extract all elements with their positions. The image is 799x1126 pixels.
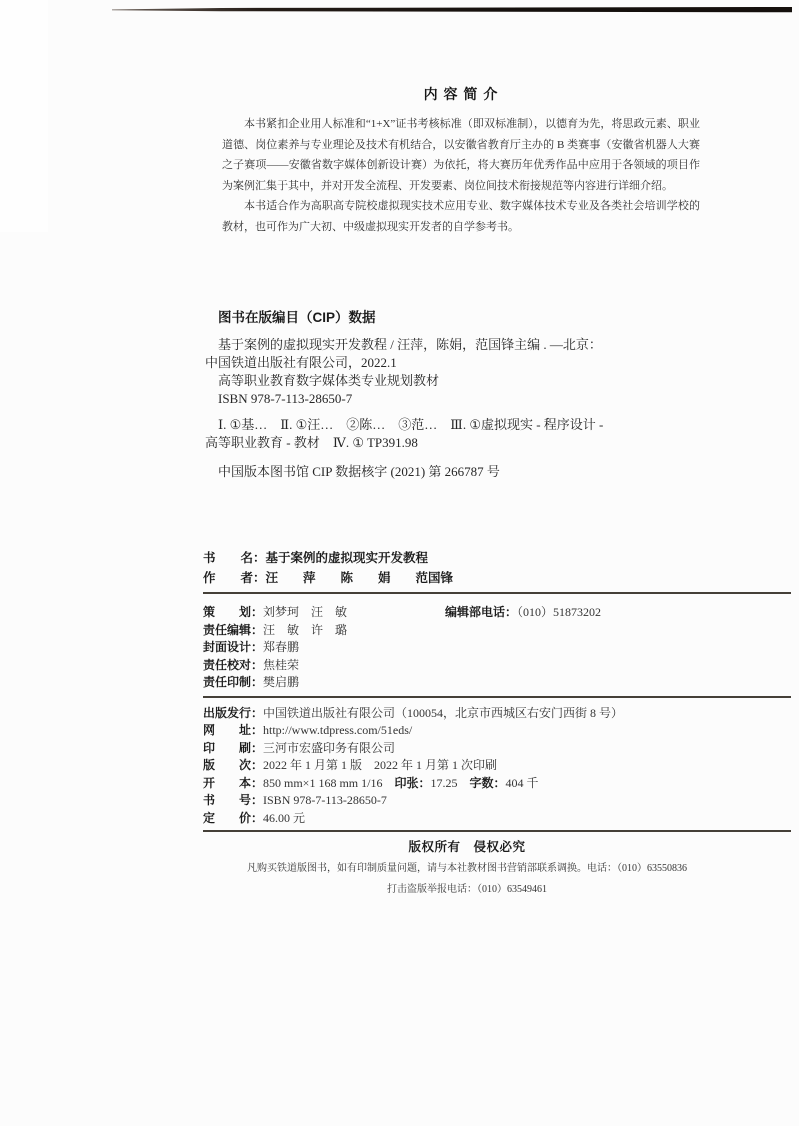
format-row: 开 本：850 mm×1 168 mm 1/16印张：17.25字数：404 千 [203, 775, 791, 793]
cover-design-value: 郑春鹏 [263, 640, 299, 654]
edition-value: 2022 年 1 月第 1 版 2022 年 1 月第 1 次印刷 [263, 758, 497, 772]
cip-title-line: 基于案例的虚拟现实开发教程 / 汪萍，陈娟，范国锋主编 . —北京： [205, 336, 770, 354]
website-value: http://www.tdpress.com/51eds/ [263, 723, 412, 737]
edition-row: 版 次：2022 年 1 月第 1 版 2022 年 1 月第 1 次印刷 [203, 757, 791, 775]
cip-classification-line-1: Ⅰ. ①基… Ⅱ. ①汪… ②陈… ③范… Ⅲ. ①虚拟现实 - 程序设计 - [205, 416, 770, 434]
field-label: 出版发行： [203, 706, 263, 720]
editor-value: 汪 敏 许 璐 [263, 623, 347, 637]
field-label: 版 次： [203, 758, 263, 772]
divider [203, 830, 791, 832]
print-supervisor-row: 责任印制：樊启鹏 [203, 674, 791, 692]
sheets-label: 印张： [394, 776, 430, 790]
publisher-row: 出版发行：中国铁道出版社有限公司（100054，北京市西城区右安门西街 8 号） [203, 705, 791, 723]
book-info-block: 书 名：基于案例的虚拟现实开发教程 作 者：汪 萍 陈 娟 范国锋 [203, 548, 791, 588]
piracy-report-line: 打击盗版举报电话：（010）63549461 [203, 880, 731, 901]
book-title-row: 书 名：基于案例的虚拟现实开发教程 [203, 548, 791, 568]
scanned-copyright-page: 内 容 简 介 本书紧扣企业用人标准和“1+X”证书考核标准（即双标准制），以德… [0, 0, 799, 1126]
cip-series-line: 高等职业教育数字媒体类专业规划教材 [205, 372, 770, 390]
field-label: 作 者： [203, 571, 266, 585]
proofreader-row: 责任校对：焦桂荣 [203, 657, 791, 675]
field-label: 责任印制： [203, 675, 263, 689]
planner-value: 刘梦珂 汪 敏 [263, 605, 347, 619]
field-label: 策 划： [203, 605, 263, 619]
editor-row: 责任编辑：汪 敏 许 璐 [203, 622, 791, 640]
price-row: 定 价：46.00 元 [203, 810, 791, 828]
exchange-notice-line: 凡购买铁道版图书，如有印制质量问题，请与本社教材图书营销部联系调换。电话：（01… [203, 859, 731, 880]
copyright-footer: 版权所有 侵权必究 凡购买铁道版图书，如有印制质量问题，请与本社教材图书营销部联… [203, 837, 731, 900]
price-value: 46.00 元 [263, 811, 305, 825]
printer-value: 三河市宏盛印务有限公司 [263, 741, 395, 755]
book-author-row: 作 者：汪 萍 陈 娟 范国锋 [203, 568, 791, 588]
field-label: 定 价： [203, 811, 263, 825]
isbn-value: ISBN 978-7-113-28650-7 [263, 793, 387, 807]
book-title-value: 基于案例的虚拟现实开发教程 [266, 551, 429, 565]
cip-record-number: 中国版本图书馆 CIP 数据核字 (2021) 第 266787 号 [205, 463, 770, 481]
colophon-section: 书 名：基于案例的虚拟现实开发教程 作 者：汪 萍 陈 娟 范国锋 策 划：刘梦… [203, 548, 791, 832]
publication-block: 出版发行：中国铁道出版社有限公司（100054，北京市西城区右安门西街 8 号）… [203, 698, 791, 831]
field-label: 印 刷： [203, 741, 263, 755]
content-summary-section: 内 容 简 介 本书紧扣企业用人标准和“1+X”证书考核标准（即双标准制），以德… [222, 84, 700, 237]
publisher-value: 中国铁道出版社有限公司（100054，北京市西城区右安门西街 8 号） [263, 706, 623, 720]
cover-design-row: 封面设计：郑春鹏 [203, 639, 791, 657]
word-count-value: 404 千 [505, 776, 538, 790]
field-label: 责任编辑： [203, 623, 263, 637]
cip-isbn-line: ISBN 978-7-113-28650-7 [205, 390, 770, 408]
staff-block: 策 划：刘梦珂 汪 敏 编辑部电话：（010）51873202 责任编辑：汪 敏… [203, 594, 791, 696]
website-row: 网 址：http://www.tdpress.com/51eds/ [203, 722, 791, 740]
scan-artifact-line [112, 7, 792, 13]
book-author-value: 汪 萍 陈 娟 范国锋 [266, 571, 454, 585]
field-label: 书 号： [203, 793, 263, 807]
cip-heading: 图书在版编目（CIP）数据 [205, 306, 770, 326]
word-count-label: 字数： [469, 776, 505, 790]
intro-paragraph-1: 本书紧扣企业用人标准和“1+X”证书考核标准（即双标准制），以德育为先，将思政元… [222, 114, 700, 196]
field-label: 书 名： [203, 551, 266, 565]
printer-row: 印 刷：三河市宏盛印务有限公司 [203, 740, 791, 758]
field-label: 网 址： [203, 723, 263, 737]
editorial-phone-label: 编辑部电话： [445, 605, 517, 619]
field-label: 开 本： [203, 776, 263, 790]
isbn-row: 书 号：ISBN 978-7-113-28650-7 [203, 792, 791, 810]
field-label: 封面设计： [203, 640, 263, 654]
editorial-phone: 编辑部电话：（010）51873202 [445, 604, 601, 622]
cip-section: 图书在版编目（CIP）数据 基于案例的虚拟现实开发教程 / 汪萍，陈娟，范国锋主… [205, 306, 770, 481]
cip-publisher-line: 中国铁道出版社有限公司，2022.1 [205, 354, 770, 372]
format-size-value: 850 mm×1 168 mm 1/16 [263, 776, 382, 790]
field-label: 责任校对： [203, 658, 263, 672]
scan-edge-band [0, 0, 48, 232]
print-supervisor-value: 樊启鹏 [263, 675, 299, 689]
proofreader-value: 焦桂荣 [263, 658, 299, 672]
sheets-value: 17.25 [430, 776, 457, 790]
copyright-notice: 版权所有 侵权必究 [203, 837, 731, 855]
section-title: 内 容 简 介 [222, 84, 700, 104]
intro-paragraph-2: 本书适合作为高职高专院校虚拟现实技术应用专业、数字媒体技术专业及各类社会培训学校… [222, 196, 700, 237]
cip-classification-line-2: 高等职业教育 - 教材 Ⅳ. ① TP391.98 [205, 434, 770, 452]
editorial-phone-number: （010）51873202 [517, 605, 601, 619]
